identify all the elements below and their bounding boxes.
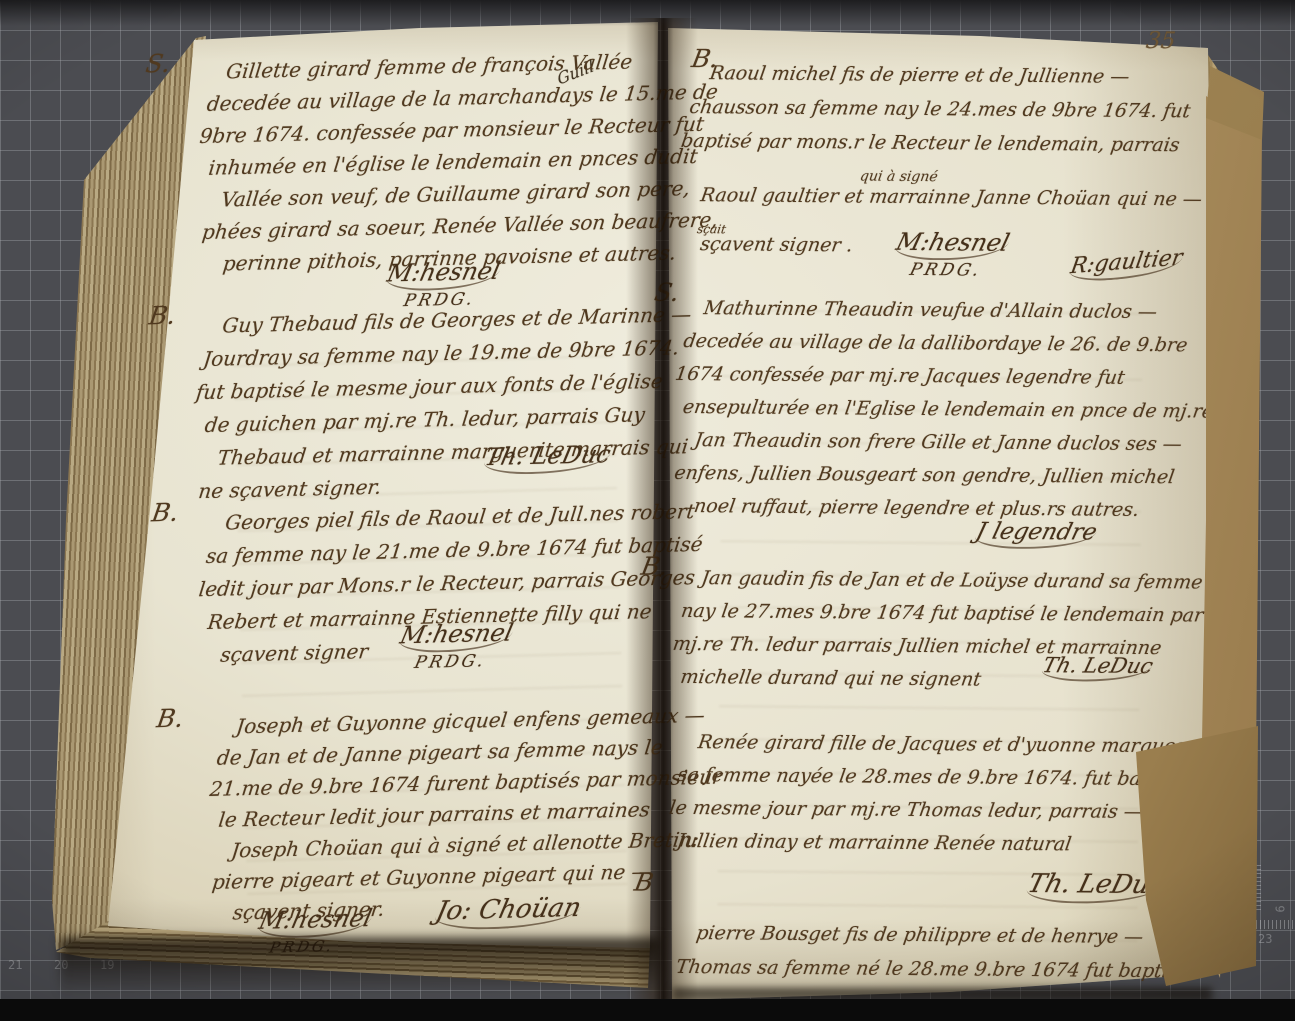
photo-bottom-edge: [0, 999, 1295, 1021]
photo-vignette: [0, 0, 1295, 1021]
photo-scene: 21 20 19 22 23 9 Guill S. Gillette girar…: [0, 0, 1295, 1021]
